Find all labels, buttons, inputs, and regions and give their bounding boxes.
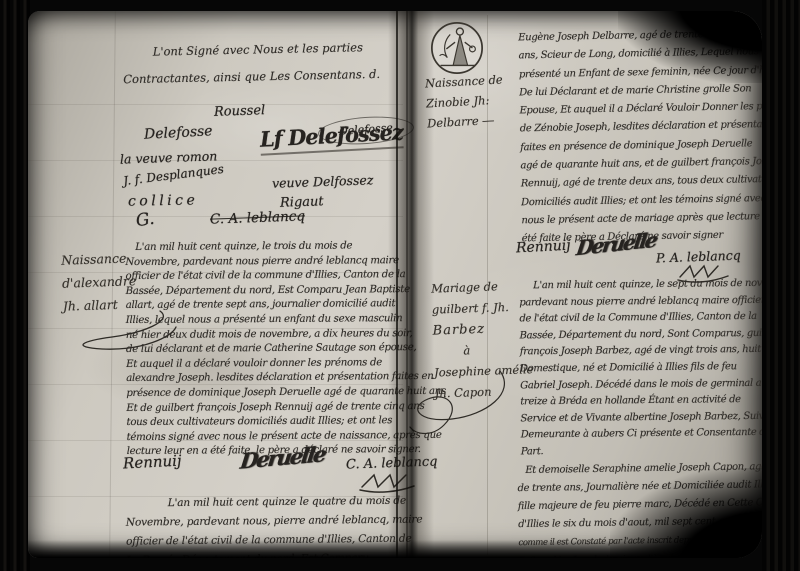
signature-leblancq: C. A. leblancq xyxy=(346,454,438,472)
marriage-act-continued-text: Et demoiselle Seraphine amelie Joseph Ca… xyxy=(517,458,762,558)
signature-rennuij: Rennuij xyxy=(123,451,182,472)
register-paper: L'ont Signé avec Nous et les partiesCont… xyxy=(28,11,762,558)
signature-roussel: Roussel xyxy=(214,103,266,120)
act-line: L'an mil huit cent quinze, le sept du mo… xyxy=(519,276,762,295)
signature-leblancq: P. A. leblancq xyxy=(656,248,741,266)
fold-line xyxy=(406,11,408,558)
act-line: Demeurante à aubers Ci présente et Conse… xyxy=(521,425,762,444)
next-act-opening-text: L'an mil huit cent quinze le quatre du m… xyxy=(126,491,429,558)
margin-note-line: Delbarre ― xyxy=(427,109,523,134)
act-line: Illies, lequel nous a présenté un enfant… xyxy=(126,312,428,329)
birth-act-allart-text: L'an mil huit cent quinze, le trois du m… xyxy=(125,239,429,460)
signature-paraph: G. xyxy=(135,209,156,231)
signature-leblancq-mayor: C. A. leblancq xyxy=(210,208,305,227)
scanned-register-spread: L'ont Signé avec Nous et les partiesCont… xyxy=(0,0,800,571)
signature-rennuij: Rennuij xyxy=(516,238,571,257)
scan-left-border xyxy=(0,0,30,571)
revenue-stamp-icon xyxy=(428,19,486,77)
left-closing-paragraph: L'ont Signé avec Nous et les partiesCont… xyxy=(122,33,433,93)
act-line: Domestique, né et Domicilié à Illies fil… xyxy=(520,359,762,378)
act-line: présence de dominique Joseph Deruelle ag… xyxy=(126,385,428,402)
margin-note-line: Josephine amélie xyxy=(434,359,527,383)
act-line: officier de l'état civil de la commune d… xyxy=(126,529,428,551)
margin-note-marriage-barbez-capon: Mariage deguilbert f. Jh.BarbezàJosephin… xyxy=(431,275,527,404)
marriage-act-text: L'an mil huit cent quinze, le sept du mo… xyxy=(519,276,762,461)
birth-act-delbarre-text: Eugène Joseph Delbarre, agé de trente ne… xyxy=(518,25,762,249)
signature-collice: collice xyxy=(128,192,199,209)
margin-note-line: Jh. Capon xyxy=(434,380,527,404)
act-line: de lui déclarant et de marie Catherine S… xyxy=(126,341,428,358)
margin-note-birth-delbarre: Naissance deZinobie Jh:Delbarre ― xyxy=(424,69,522,134)
fold-line xyxy=(396,11,398,558)
scan-right-border xyxy=(762,0,800,571)
